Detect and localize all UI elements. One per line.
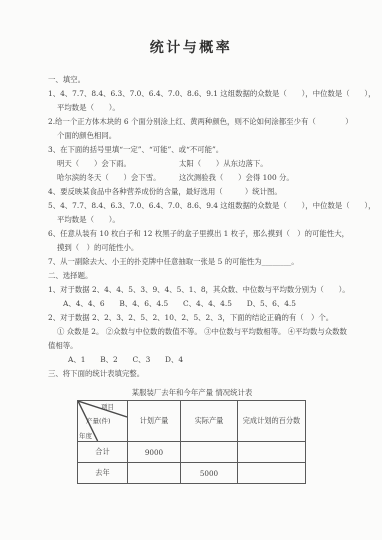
question-line: 4、要反映某食品中各种营养成份的含量，最好选用（ ）统计图。: [48, 185, 374, 199]
statistics-table-section: 某服装厂去年和今年产量 情况统计表 项目 产量(件) 年度 计划产量 实际产量 …: [77, 387, 307, 484]
cell-total-planned: 9000: [128, 442, 181, 463]
cell-total-actual: [181, 442, 238, 463]
corner-label-output: 产量(件): [86, 418, 111, 425]
question-line: 3、在下面的括号里填“一定”、“可能”、或“不可能”。: [48, 143, 374, 157]
statements-line: ① 众数是 2。 ②众数与中位数的数值不等。 ③中位数与平均数相等。 ④平均数与…: [48, 325, 374, 339]
table-title: 某服装厂去年和今年产量 情况统计表: [77, 387, 307, 399]
worksheet-page: 统计与概率 一、填空。 1、4、7.7、8.4、6.3、7.0、6.4、7.0、…: [0, 0, 382, 540]
row-label-lastyear: 去年: [78, 463, 128, 484]
question-line: 5、4、7.7、8.4、6.3、7.0、6.4、7.0、8.6、9.4 这组数据…: [48, 199, 374, 213]
options-line: A、1 B、2 C、3 D、4: [48, 353, 374, 367]
worksheet-title: 统计与概率: [0, 37, 382, 57]
question-line: 6、任意从装有 10 枚白子和 12 枚黑子的盒子里摸出 1 枚子，那么摸到（ …: [48, 227, 374, 241]
worksheet-body: 一、填空。 1、4、7.7、8.4、6.3、7.0、6.4、7.0、8.6、9.…: [48, 73, 374, 381]
question-line: 平均数是（ ）。: [48, 213, 374, 227]
question-line: 2、对于数据 2、2、3、2、5、2、10、2、5、2、3，下面的结论正确的有（…: [48, 311, 374, 325]
question-line: 1、4、7.7、8.4、6.3、7.0、6.4、7.0、8.6、9.1 这组数据…: [48, 87, 374, 101]
column-header-actual: 实际产量: [181, 401, 238, 442]
row-label-total: 合计: [78, 442, 128, 463]
statistics-table: 项目 产量(件) 年度 计划产量 实际产量 完成计划的百分数 合计 9000 去…: [77, 400, 306, 484]
statements-line: 值相等。: [48, 339, 374, 353]
column-header-percent: 完成计划的百分数: [238, 401, 306, 442]
table-row: 合计 9000: [78, 442, 306, 463]
section-heading-table: 三、将下面的统计表填完整。: [48, 367, 374, 381]
question-line: 2.给一个正方体木块的 6 个面分别涂上红、黄两种颜色，则不论如何涂都至少有（ …: [48, 115, 374, 129]
cell-total-percent: [238, 442, 306, 463]
corner-label-year: 年度: [79, 433, 92, 440]
corner-label-item: 项目: [101, 404, 114, 411]
cell-lastyear-planned: [128, 463, 181, 484]
question-line: 7、从一副除去大、小王的扑克牌中任意抽取一张是 5 的可能性为________。: [48, 255, 374, 269]
options-line: A、4、4、6 B、4、6、4.5 C、4、4、4.5 D、5、6、4.5: [48, 297, 374, 311]
question-line: 个面的颜色相同。: [48, 129, 374, 143]
column-header-planned: 计划产量: [128, 401, 181, 442]
question-line: 哈尔滨的冬天（ ）会下雪。 这次测验我（ ）会得 100 分。: [48, 171, 374, 185]
question-line: 平均数是（ ）。: [48, 101, 374, 115]
question-line: 摸到（ ）的可能性小。: [48, 241, 374, 255]
table-corner-cell: 项目 产量(件) 年度: [78, 401, 128, 442]
question-line: 明天（ ）会下雨。 太阳（ ）从东边落下。: [48, 157, 374, 171]
cell-lastyear-percent: [238, 463, 306, 484]
section-heading-choice: 二、选择题。: [48, 269, 374, 283]
section-heading-fill: 一、填空。: [48, 73, 374, 87]
cell-lastyear-actual: 5000: [181, 463, 238, 484]
table-row: 去年 5000: [78, 463, 306, 484]
question-line: 1、对于数据 2、4、4、5、3、9、4、5、1、8，其众数、中位数与平均数分别…: [48, 283, 374, 297]
